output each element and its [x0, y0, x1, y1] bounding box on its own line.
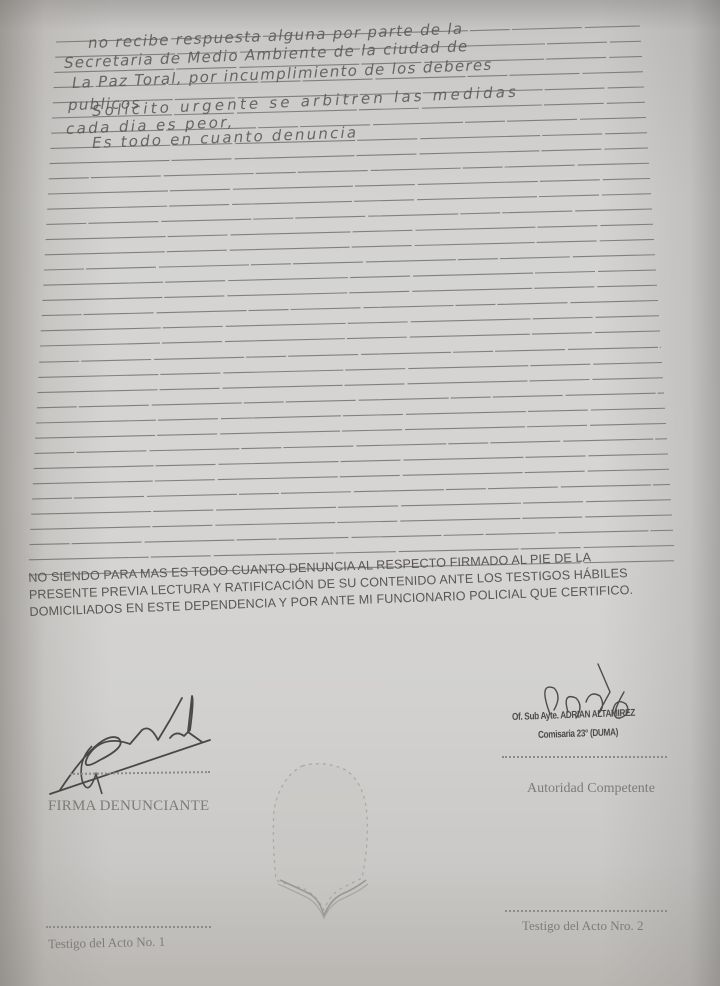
ruled-line: [42, 301, 658, 316]
ruled-line: [40, 331, 660, 346]
ruled-line: [41, 316, 659, 331]
ruled-line: [32, 485, 670, 500]
ruled-line: [46, 224, 653, 239]
ruled-line: [30, 530, 673, 544]
ruled-line: [38, 363, 662, 378]
ruled-line: [50, 148, 648, 164]
ruled-line: [38, 378, 663, 393]
ruled-line: [36, 408, 665, 423]
official-seal-icon: [262, 760, 382, 920]
ruled-line: [42, 285, 657, 300]
ruled-line: [44, 255, 655, 270]
ruled-line: [46, 209, 652, 224]
complainant-signature: [40, 690, 230, 800]
witness2-label: Testigo del Acto Nro. 2: [522, 918, 644, 934]
ruled-line: [35, 424, 666, 439]
witness1-signature-line: [46, 926, 211, 928]
ruled-line: [45, 240, 654, 255]
document-page: no recibe respuesta alguna por parte de …: [0, 0, 720, 986]
ruled-line: [30, 515, 672, 529]
ruled-line: [33, 469, 669, 484]
witness2-signature-line: [505, 910, 667, 912]
ruled-line: [39, 347, 661, 362]
witness1-label: Testigo del Acto No. 1: [48, 934, 165, 952]
authority-signature-line: [502, 756, 667, 758]
ruled-line: [37, 393, 664, 408]
ruled-line: [43, 270, 656, 285]
ruled-line: [47, 194, 651, 209]
ruled-line: [34, 454, 668, 469]
ruled-line: [34, 439, 667, 454]
authority-label: Autoridad Competente: [527, 781, 655, 797]
complainant-label: FIRMA DENUNCIANTE: [48, 798, 209, 815]
ruled-line: [48, 179, 650, 195]
ruled-line: [31, 500, 671, 514]
ruled-line: [49, 163, 649, 179]
